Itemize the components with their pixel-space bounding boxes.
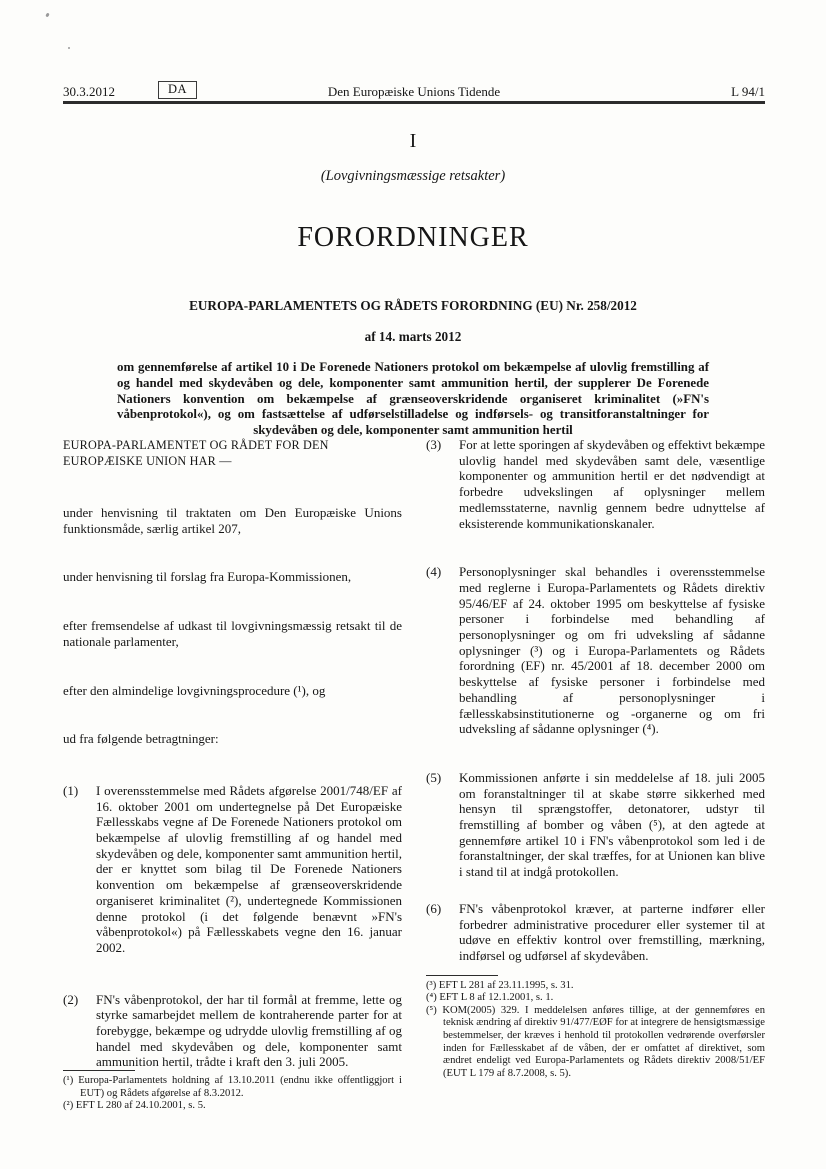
recital-number: (3) [426, 437, 459, 531]
recital-1: (1) I overensstemmelse med Rådets afgøre… [63, 783, 402, 956]
recital-text: For at lette sporingen af skydevåben og … [459, 437, 765, 531]
recital-text: FN's våbenprotokol, der har til formål a… [96, 992, 402, 1071]
recital-6: (6) FN's våbenprotokol kræver, at parter… [426, 901, 765, 964]
recital-number: (4) [426, 564, 459, 737]
section-numeral: I [0, 130, 826, 152]
body-columns: EUROPA-PARLAMENTET OG RÅDET FOR DEN EURO… [63, 437, 765, 1169]
recital-4: (4) Personoplysninger skal behandles i o… [426, 564, 765, 737]
recital-3: (3) For at lette sporingen af skydevåben… [426, 437, 765, 531]
journal-page: 30.3.2012 DA Den Europæiske Unions Tiden… [0, 0, 826, 1169]
scan-speck [45, 13, 50, 18]
acts-kind-label: (Lovgivningsmæssige retsakter) [0, 168, 826, 185]
preamble-enacting-authority: EUROPA-PARLAMENTET OG RÅDET FOR DEN EURO… [63, 437, 402, 469]
journal-title: Den Europæiske Unions Tidende [63, 84, 765, 100]
recital-text: FN's våbenprotokol kræver, at parterne i… [459, 901, 765, 964]
recital-number: (2) [63, 992, 96, 1071]
preamble-citation: efter fremsendelse af udkast til lovgivn… [63, 618, 402, 649]
page-reference: L 94/1 [731, 84, 765, 100]
footnote-1: (¹) Europa-Parlamentets holdning af 13.1… [63, 1075, 402, 1100]
footnote-5: (⁵) KOM(2005) 329. I meddelelsen anføres… [426, 1005, 765, 1081]
act-date-line: af 14. marts 2012 [0, 329, 826, 345]
left-column: EUROPA-PARLAMENTET OG RÅDET FOR DEN EURO… [63, 437, 402, 1087]
act-title: EUROPA-PARLAMENTETS OG RÅDETS FORORDNING… [0, 298, 826, 314]
recital-text: Kommissionen anførte i sin meddelelse af… [459, 770, 765, 880]
right-footnotes: (³) EFT L 281 af 23.11.1995, s. 31. (⁴) … [426, 975, 765, 1081]
preamble-citation: under henvisning til forslag fra Europa-… [63, 569, 402, 585]
right-column: (3) For at lette sporingen af skydevåben… [426, 437, 765, 1169]
front-matter: I (Lovgivningsmæssige retsakter) FORORDN… [0, 130, 826, 439]
header-rule [63, 101, 765, 104]
footnote-rule [63, 1070, 135, 1071]
preamble-citation: under henvisning til traktaten om Den Eu… [63, 505, 402, 536]
recital-5: (5) Kommissionen anførte i sin meddelels… [426, 770, 765, 880]
footnote-4: (⁴) EFT L 8 af 12.1.2001, s. 1. [426, 992, 765, 1005]
recital-2: (2) FN's våbenprotokol, der har til form… [63, 992, 402, 1071]
section-heading: FORORDNINGER [0, 222, 826, 254]
preamble-citation: ud fra følgende betragtninger: [63, 731, 402, 747]
scan-speck [68, 47, 70, 49]
recital-text: Personoplysninger skal behandles i overe… [459, 564, 765, 737]
recital-number: (6) [426, 901, 459, 964]
left-footnotes: (¹) Europa-Parlamentets holdning af 13.1… [63, 1070, 402, 1113]
recital-number: (1) [63, 783, 96, 956]
preamble-citation: efter den almindelige lovgivningsprocedu… [63, 683, 402, 699]
footnote-3: (³) EFT L 281 af 23.11.1995, s. 31. [426, 980, 765, 993]
act-subject: om gennemførelse af artikel 10 i De Fore… [117, 360, 709, 439]
recital-text: I overensstemmelse med Rådets afgørelse … [96, 783, 402, 956]
recital-number: (5) [426, 770, 459, 880]
page-header: 30.3.2012 DA Den Europæiske Unions Tiden… [63, 84, 765, 101]
footnote-2: (²) EFT L 280 af 24.10.2001, s. 5. [63, 1100, 402, 1113]
footnote-rule [426, 975, 498, 976]
